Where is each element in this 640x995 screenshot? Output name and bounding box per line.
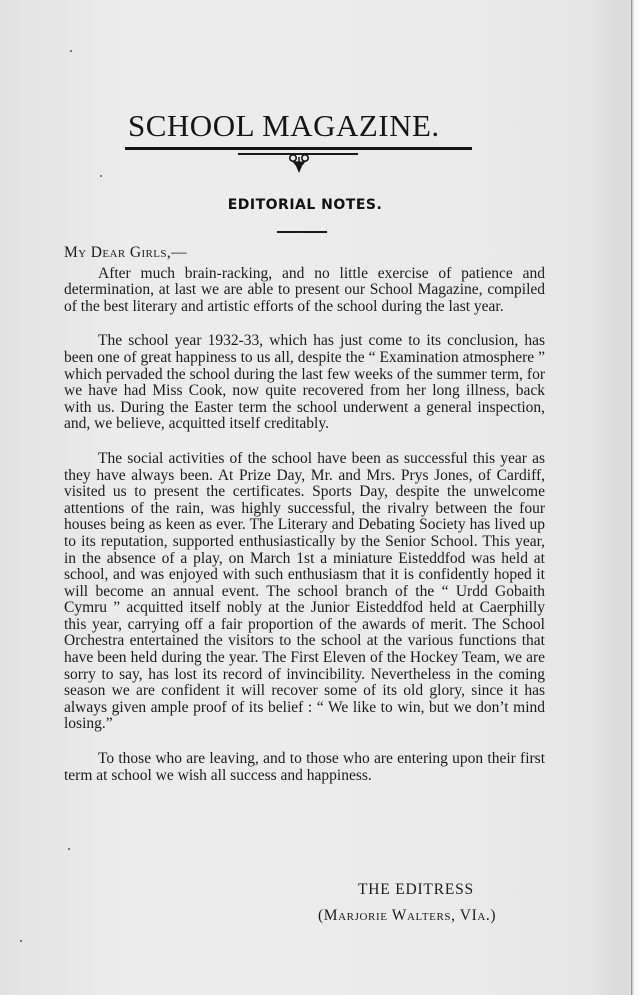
letter-body: My Dear Girls,— After much brain-racking… <box>64 245 545 802</box>
page-edge <box>631 0 640 995</box>
heading-rule <box>277 231 327 233</box>
paper-speck <box>20 940 22 942</box>
paper-speck <box>70 50 72 52</box>
page-title: SCHOOL MAGAZINE. <box>128 108 468 144</box>
paragraph: The school year 1932-33, which has just … <box>64 333 545 433</box>
signatory: (Marjorie Walters, VIa.) <box>318 907 496 925</box>
fleuron-ornament-icon <box>288 152 310 174</box>
paper-speck <box>68 848 70 850</box>
magazine-page: SCHOOL MAGAZINE. EDITORIAL NOTES. My Dea… <box>0 0 640 995</box>
title-rule-thick <box>125 147 472 150</box>
paragraph: The social activities of the school have… <box>64 451 545 733</box>
paragraph: After much brain-racking, and no little … <box>64 266 545 316</box>
salutation: My Dear Girls,— <box>64 245 545 262</box>
paragraph: To those who are leaving, and to those w… <box>64 751 545 784</box>
paper-speck <box>100 175 102 177</box>
signature: THE EDITRESS <box>358 881 474 899</box>
section-heading: EDITORIAL NOTES. <box>0 197 610 213</box>
